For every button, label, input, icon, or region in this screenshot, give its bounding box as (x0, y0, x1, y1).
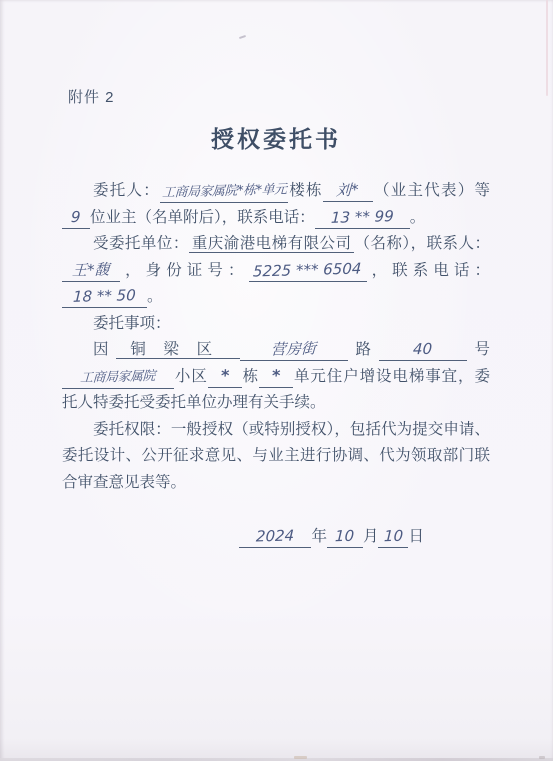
id-number-blank: 5225 *** 6504 (249, 260, 367, 282)
month-label: 月 (363, 528, 379, 545)
community-name-blank: 工商局家属院 (62, 367, 174, 389)
handwritten-principal-phone: 13 ** 99 (330, 206, 394, 228)
representative-blank: 刘* (323, 180, 373, 202)
handwritten-year: 2024 (256, 525, 295, 546)
handwritten-contact-name: 王*馥 (72, 259, 110, 280)
handwritten-trustee-phone: 18 ** 50 (73, 285, 137, 307)
building-label: 楼栋 (288, 182, 323, 199)
handwritten-unit-star: * (271, 365, 280, 385)
scan-artifact-speck-top (239, 35, 246, 39)
owner-count-blank: 9 (62, 207, 90, 229)
handwritten-id-number: 5225 *** 6504 (253, 258, 362, 281)
trustee-phone-label: ，联系电话： (367, 262, 490, 279)
district-name: 铜梁区 (116, 341, 240, 359)
principal-period: 。 (410, 209, 426, 226)
principal-paragraph: 委托人：工商局家属院*栋*单元楼栋刘*（业主代表）等9位业主（名单附后），联系电… (62, 178, 490, 231)
scanned-document-page: 附件 2 授权委托书 委托人：工商局家属院*栋*单元楼栋刘*（业主代表）等9位业… (0, 0, 553, 761)
handwritten-owner-count: 9 (71, 206, 81, 226)
handwritten-month: 10 (335, 526, 355, 547)
scan-artifact-speck-corner (539, 756, 545, 759)
attachment-label: 附件 2 (68, 86, 490, 107)
trustee-company: 重庆渝港电梯有限公司 (189, 235, 355, 253)
day-blank: 10 (378, 526, 408, 548)
day-label: 日 (408, 528, 424, 545)
building-star-blank: * (208, 366, 242, 388)
handwritten-community-unit: 工商局家属院*栋*单元 (161, 180, 286, 204)
trustee-period: 。 (147, 288, 163, 305)
owners-text: 位业主（名单附后），联系电话： (90, 209, 315, 226)
year-blank: 2024 (239, 526, 311, 548)
handwritten-street: 营房街 (271, 338, 317, 359)
number-label: 号 (467, 341, 490, 358)
trustee-phone-blank: 18 ** 50 (62, 286, 147, 308)
month-blank: 10 (327, 526, 363, 548)
date-line: 2024年10月10日 (62, 524, 490, 548)
scan-artifact-right-edge-line (546, 0, 548, 96)
handwritten-representative: 刘* (336, 180, 359, 201)
handwritten-day: 10 (384, 526, 404, 547)
document-title: 授权委托书 (62, 121, 490, 154)
scan-artifact-speck-bottom (294, 756, 307, 759)
trustee-paragraph: 受委托单位：重庆渝港电梯有限公司（名称），联系人：王*馥，身份证号：5225 *… (62, 231, 490, 311)
authority-paragraph: 委托权限：一般授权（或特别授权），包括代为提交申请、委托设计、公开征求意见、与业… (62, 417, 490, 497)
contact-name-blank: 王*馥 (62, 260, 120, 282)
representative-note: （业主代表）等 (373, 182, 490, 199)
because-label: 因 (93, 341, 116, 358)
road-number-blank: 40 (379, 339, 467, 361)
road-label: 路 (348, 341, 379, 358)
document-content: 附件 2 授权委托书 委托人：工商局家属院*栋*单元楼栋刘*（业主代表）等9位业… (62, 86, 490, 548)
handwritten-road-number: 40 (413, 339, 433, 360)
year-label: 年 (311, 528, 327, 545)
principal-label: 委托人： (93, 182, 160, 199)
community-label: 小区 (174, 368, 208, 385)
id-label: ，身份证号： (120, 262, 249, 279)
matters-building-label: 栋 (242, 368, 259, 385)
street-blank: 营房街 (240, 339, 348, 361)
principal-phone-blank: 13 ** 99 (315, 207, 410, 229)
unit-star-blank: * (259, 366, 293, 388)
handwritten-community-name: 工商局家属院 (80, 366, 156, 388)
matters-heading: 委托事项： (62, 311, 490, 338)
community-blank: 工商局家属院*栋*单元 (160, 181, 288, 203)
matters-paragraph: 因铜梁区营房街路40号工商局家属院小区*栋*单元住户增设电梯事宜，委托人特委托受… (62, 337, 490, 417)
trustee-company-note: （名称），联系人： (354, 235, 490, 252)
handwritten-building-star: * (220, 365, 229, 385)
trustee-label: 受委托单位： (93, 235, 189, 252)
